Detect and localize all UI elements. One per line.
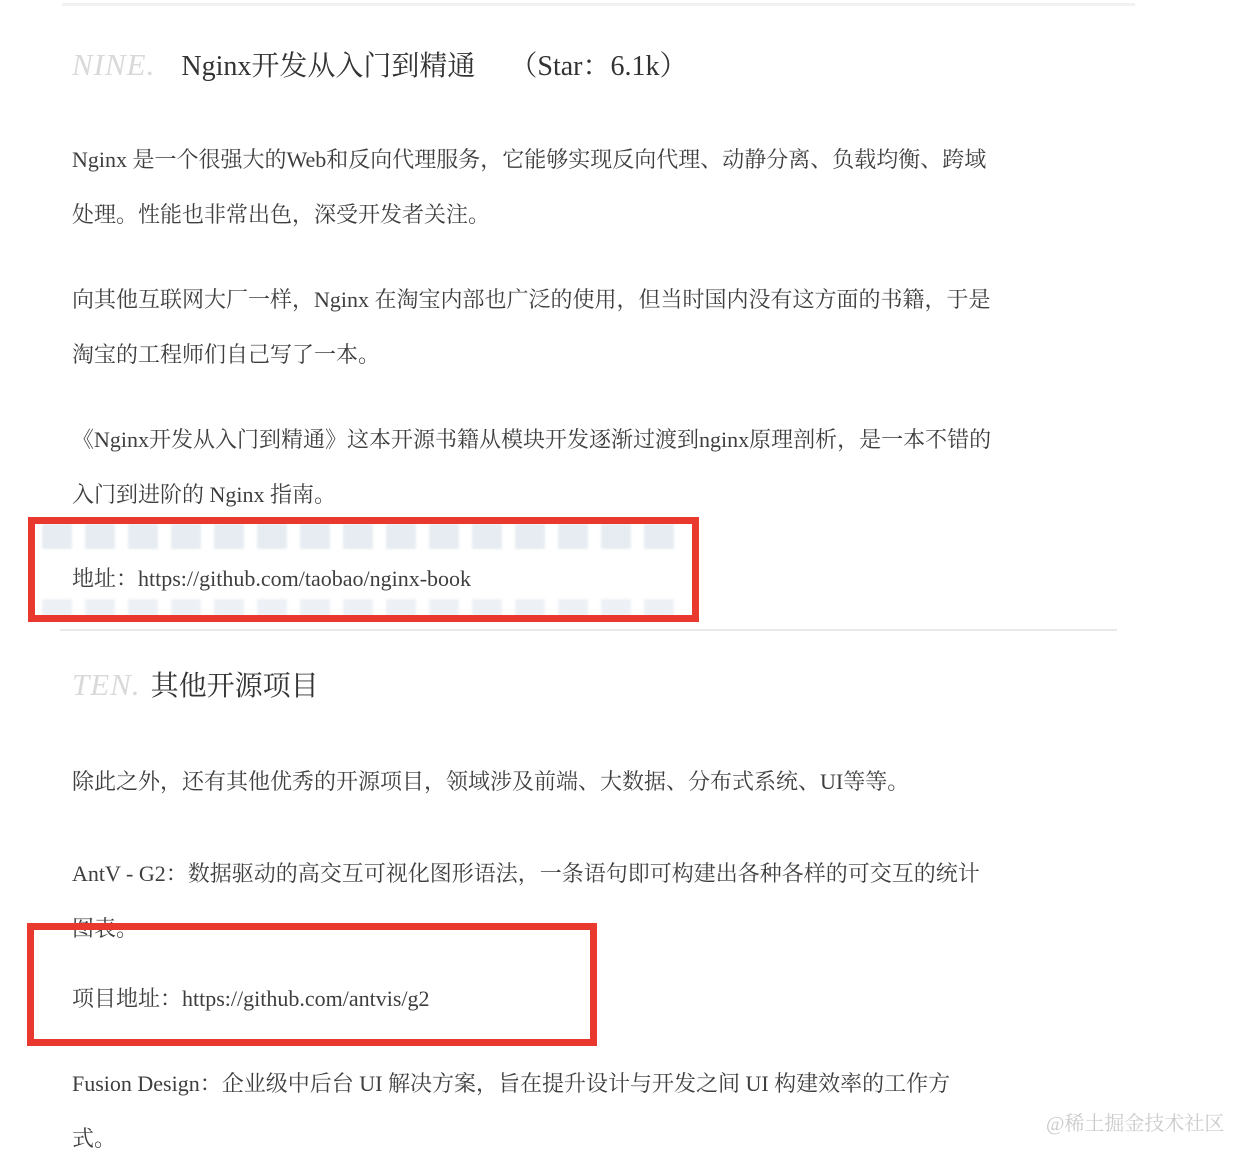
top-divider: [62, 3, 1135, 6]
text-line: 式。: [72, 1111, 950, 1162]
highlight-box-antv-url: [27, 923, 597, 1046]
section-number-label: NINE.: [72, 47, 155, 82]
paragraph-book-description: 《Nginx开发从入门到精通》这本开源书籍从模块开发逐渐过渡到nginx原理剖析…: [72, 412, 991, 522]
juejin-watermark: @稀土掘金技术社区: [1046, 1107, 1224, 1136]
highlight-box-nginx-url: [28, 517, 699, 622]
paragraph-fusion-design: Fusion Design：企业级中后台 UI 解决方案，旨在提升设计与开发之间…: [72, 1056, 950, 1162]
text-line: 除此之外，还有其他优秀的开源项目，领域涉及前端、大数据、分布式系统、UI等等。: [72, 754, 909, 809]
text-line: 《Nginx开发从入门到精通》这本开源书籍从模块开发逐渐过渡到nginx原理剖析…: [72, 412, 991, 467]
text-line: AntV - G2：数据驱动的高交互可视化图形语法，一条语句即可构建出各种各样的…: [72, 846, 980, 901]
section-number-label: TEN.: [72, 667, 141, 702]
paragraph-other-projects-intro: 除此之外，还有其他优秀的开源项目，领域涉及前端、大数据、分布式系统、UI等等。: [72, 754, 909, 809]
paragraph-taobao-usage: 向其他互联网大厂一样，Nginx 在淘宝内部也广泛的使用，但当时国内没有这方面的…: [72, 272, 991, 382]
section-heading-ten: TEN.其他开源项目: [72, 664, 319, 708]
star-count: （Star：6.1k）: [509, 51, 687, 82]
section-title-other-projects: 其他开源项目: [151, 671, 319, 702]
article-page: NINE.Nginx开发从入门到精通（Star：6.1k） Nginx 是一个很…: [0, 0, 1240, 1162]
section-heading-nine: NINE.Nginx开发从入门到精通（Star：6.1k）: [72, 44, 688, 88]
text-line: 入门到进阶的 Nginx 指南。: [72, 467, 991, 522]
text-line: Fusion Design：企业级中后台 UI 解决方案，旨在提升设计与开发之间…: [72, 1056, 950, 1111]
text-line: 处理。性能也非常出色，深受开发者关注。: [72, 187, 986, 242]
text-line: 向其他互联网大厂一样，Nginx 在淘宝内部也广泛的使用，但当时国内没有这方面的…: [72, 272, 991, 327]
section-title-nginx-book: Nginx开发从入门到精通: [181, 51, 475, 82]
section-divider: [60, 629, 1117, 631]
paragraph-nginx-intro: Nginx 是一个很强大的Web和反向代理服务，它能够实现反向代理、动静分离、负…: [72, 132, 986, 242]
text-line: Nginx 是一个很强大的Web和反向代理服务，它能够实现反向代理、动静分离、负…: [72, 132, 986, 187]
text-line: 淘宝的工程师们自己写了一本。: [72, 327, 991, 382]
